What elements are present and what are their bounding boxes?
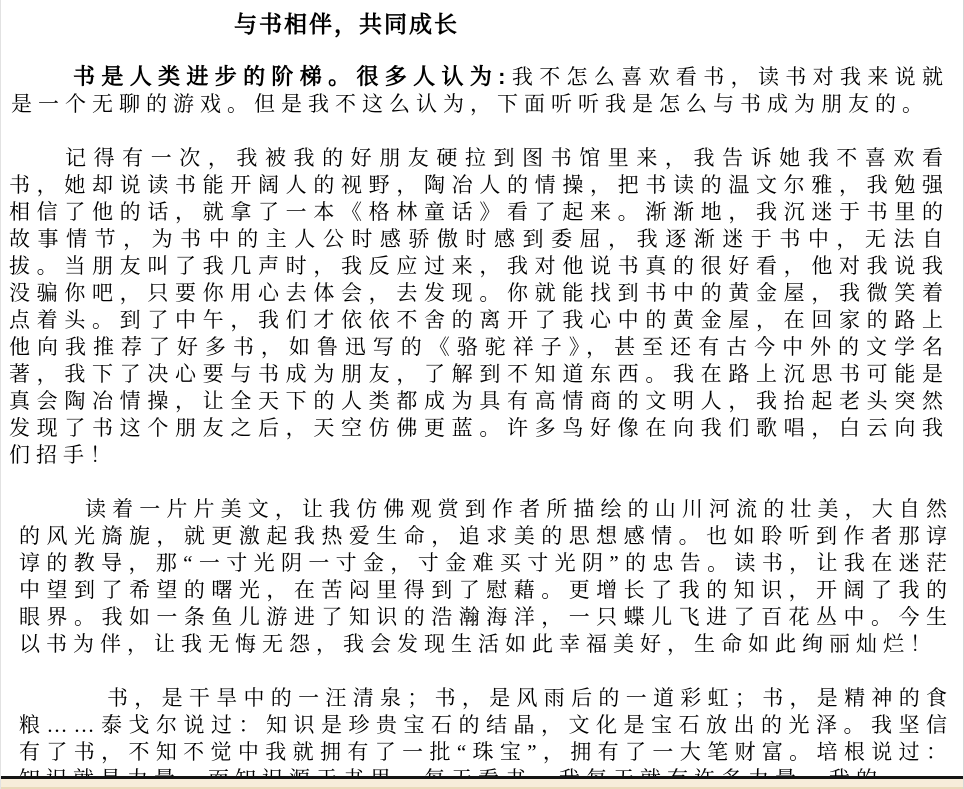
paragraph-1: 书是人类进步的阶梯。很多人认为:我不怎么喜欢看书，读书对我来说就是一个无聊的游戏…	[11, 63, 949, 118]
document-title: 与书相伴，共同成长	[234, 10, 963, 38]
paragraph-2: 记得有一次，我被我的好朋友硬拉到图书馆里来，我告诉她我不喜欢看书，她却说读书能开…	[9, 145, 949, 469]
paragraph-1-bold-lead: 书是人类进步的阶梯。很多人认为:	[73, 64, 512, 89]
paragraph-3: 读着一片片美文，让我仿佛观赏到作者所描绘的山川河流的壮美，大自然的风光旖旎，就更…	[19, 496, 953, 658]
window-bottom-edge	[1, 776, 963, 789]
paragraph-4: 书，是干旱中的一汪清泉；书，是风雨后的一道彩虹；书，是精神的食粮……泰戈尔说过：…	[19, 685, 953, 789]
document-page: 与书相伴，共同成长 书是人类进步的阶梯。很多人认为:我不怎么喜欢看书，读书对我来…	[0, 0, 964, 789]
